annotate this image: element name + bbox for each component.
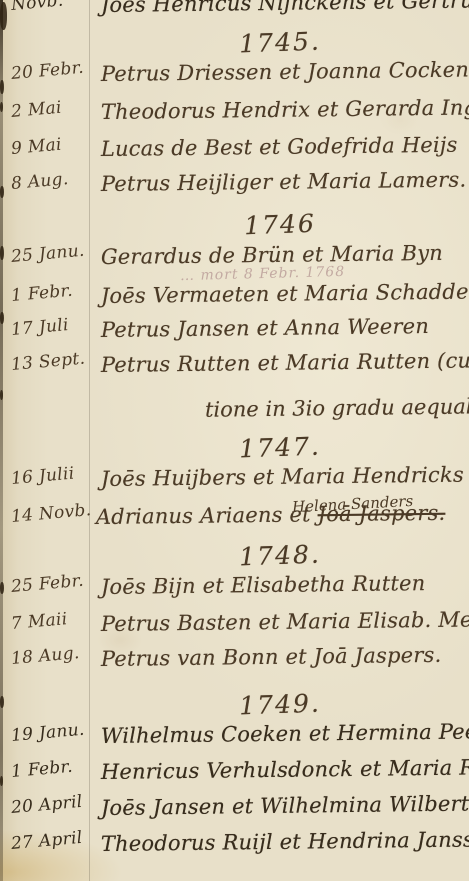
entry-names: Joēs Bijn et Elisabetha Rutten [101, 571, 426, 599]
entry-names-prefix: Adrianus Ariaens et [96, 502, 318, 529]
entry-date: 9 Mai [10, 132, 95, 159]
entry-date: 7 Maii [10, 607, 95, 634]
entry-date: 25 Febr. [10, 570, 95, 597]
struck-name: Joā Jaspers. [317, 501, 445, 527]
page-edge-mark [0, 390, 3, 400]
entry-continuation: tione in 3io gradu aequali. [205, 394, 469, 421]
register-entry: 9 Mai Lucas de Best et Godefrida Heijs [0, 137, 469, 171]
register-entry: 18 Aug. Petrus van Bonn et Joā Jaspers. [0, 647, 469, 681]
entry-names: Adrianus Ariaens et Joā Jaspers. [96, 501, 446, 529]
year-heading-1745: 1745. [239, 27, 322, 59]
entry-names: Petrus Jansen et Anna Weeren [101, 314, 429, 342]
entry-names: Petrus Basten et Maria Elisab. Metzelaer… [101, 606, 469, 636]
register-entry: 8 Aug. Petrus Heijliger et Maria Lamers. [0, 172, 469, 206]
page-edge-mark [0, 696, 4, 708]
entry-names: Henricus Verhulsdonck et Maria Rutten [101, 755, 469, 784]
register-entry: 7 Maii Petrus Basten et Maria Elisab. Me… [0, 612, 469, 646]
entry-names: Wilhelmus Coeken et Hermina Peerboom [101, 719, 469, 748]
entry-names: Joēs Henricus Nijnckens et Gertrudis Sch… [101, 0, 469, 17]
entry-date: 25 Janu. [10, 240, 95, 267]
register-entry: 25 Febr. Joēs Bijn et Elisabetha Rutten [0, 575, 469, 609]
entry-names: Petrus Rutten et Maria Rutten (cum dispe… [101, 347, 469, 377]
entry-names: Petrus Heijliger et Maria Lamers. [101, 168, 467, 196]
year-heading-1746: 1746 [244, 209, 317, 240]
year-heading-1748: 1748. [239, 540, 322, 572]
entry-date: 16 Julii [10, 462, 95, 489]
register-entry: 13 Sept. Petrus Rutten et Maria Rutten (… [0, 353, 469, 387]
entry-date: 14 Novb. [10, 500, 95, 527]
year-heading-1747: 1747. [239, 432, 322, 464]
register-entry: 20 April Joēs Jansen et Wilhelmina Wilbe… [0, 796, 469, 830]
register-entry: 14 Novb. Adrianus Ariaens et Joā Jaspers… [0, 505, 469, 539]
entry-names: Joēs Huijbers et Maria Hendricks [101, 463, 464, 491]
entry-names: Theodorus Ruijl et Hendrina Janssen [101, 827, 469, 856]
register-entry: Novb. Joēs Henricus Nijnckens et Gertrud… [0, 0, 469, 27]
entry-names: Joēs Jansen et Wilhelmina Wilberts [101, 791, 469, 820]
entry-date: 20 Febr. [10, 57, 95, 84]
entry-date: 2 Mai [10, 95, 95, 122]
entry-names: Petrus van Bonn et Joā Jaspers. [101, 643, 442, 671]
entry-date: 27 April [10, 827, 95, 854]
entry-date: 19 Janu. [10, 719, 95, 746]
entry-names: Petrus Driessen et Joanna Cocken [101, 58, 469, 86]
register-entry: 2 Mai Theodorus Hendrix et Gerarda Ingen… [0, 100, 469, 134]
entry-names: Theodorus Hendrix et Gerarda Ingenbleeck [101, 94, 469, 124]
register-page: Novb. Joēs Henricus Nijnckens et Gertrud… [0, 0, 469, 881]
entry-date: 20 April [10, 791, 95, 818]
register-entry: 27 April Theodorus Ruijl et Hendrina Jan… [0, 832, 469, 866]
entry-date: 1 Febr. [10, 755, 95, 782]
register-entry: 19 Janu. Wilhelmus Coeken et Hermina Pee… [0, 724, 469, 758]
entry-date: Novb. [10, 0, 95, 15]
entry-names: Joēs Vermaeten et Maria Schadde [101, 280, 469, 308]
register-entry: 1 Febr. Henricus Verhulsdonck et Maria R… [0, 760, 469, 794]
entry-names: Lucas de Best et Godefrida Heijs [101, 133, 458, 161]
register-entry: 17 Juli Petrus Jansen et Anna Weeren [0, 318, 469, 352]
register-entry: 20 Febr. Petrus Driessen et Joanna Cocke… [0, 62, 469, 96]
register-entry: 1 Febr. Joēs Vermaeten et Maria Schadde [0, 284, 469, 318]
entry-date: 1 Febr. [10, 279, 95, 306]
year-heading-1749: 1749. [239, 689, 322, 721]
